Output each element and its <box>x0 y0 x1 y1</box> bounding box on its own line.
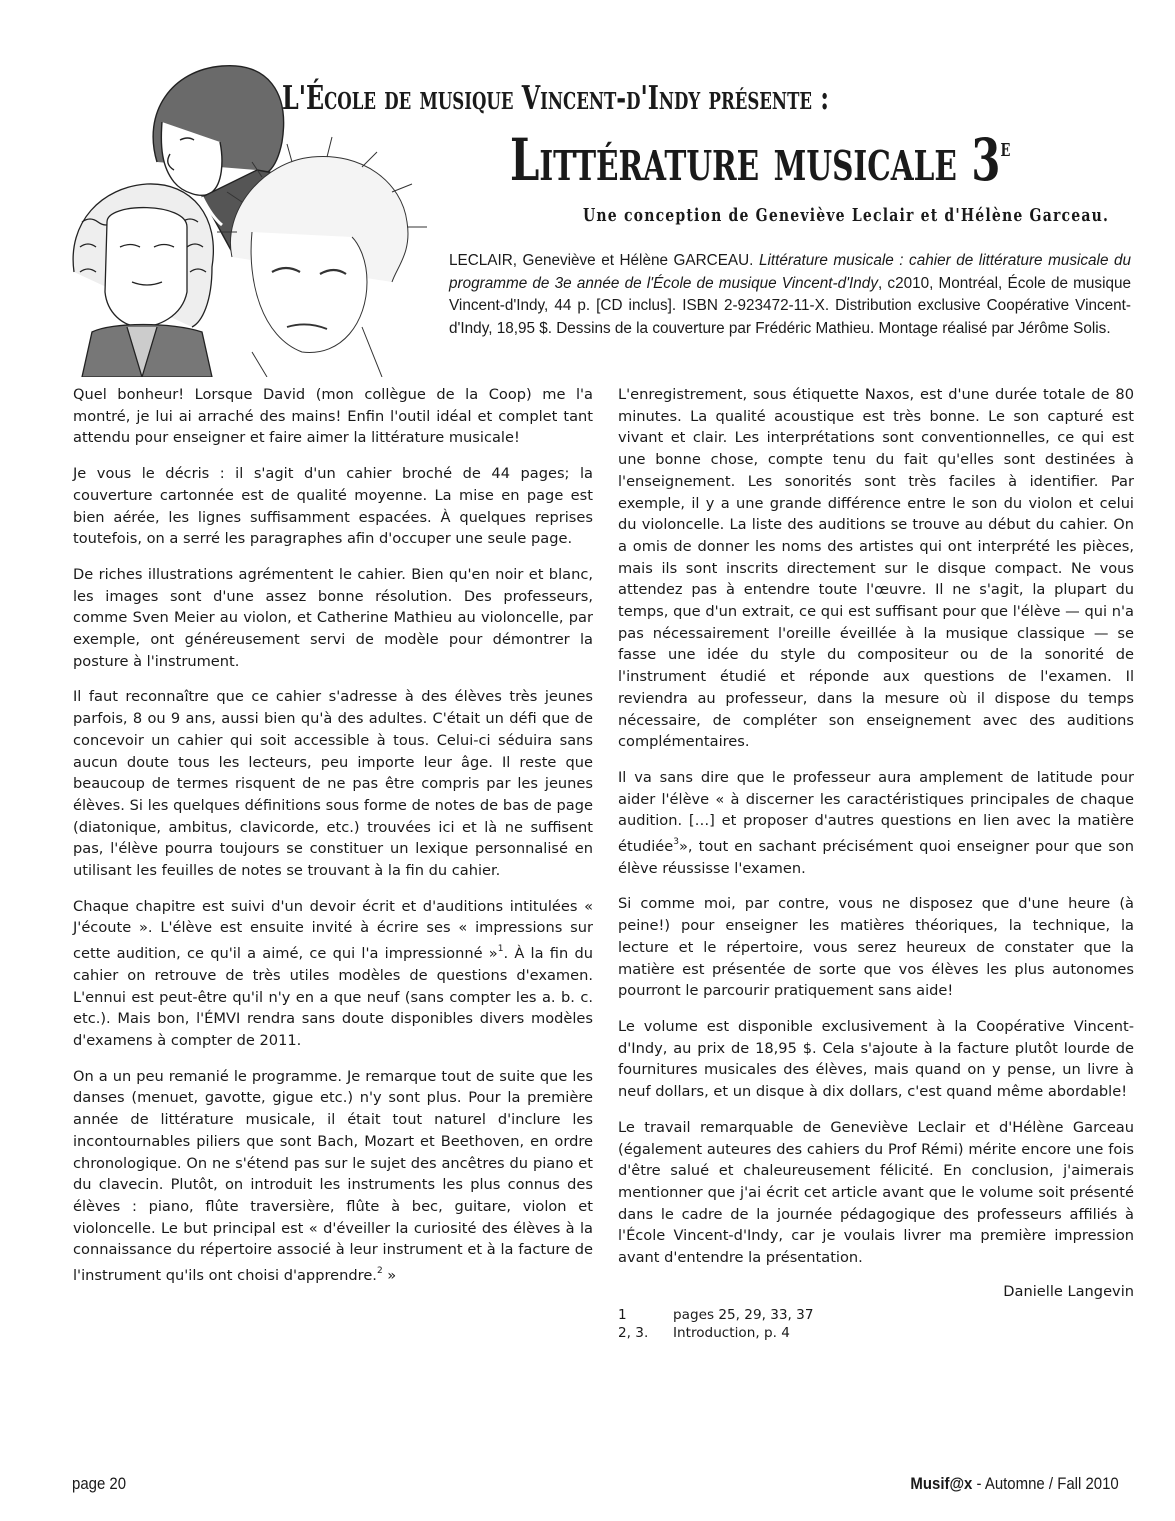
footnote-text: pages 25, 29, 33, 37 <box>673 1306 813 1324</box>
paragraph-text: », tout en sachant précisément quoi ense… <box>618 838 1134 877</box>
paragraph: Chaque chapitre est suivi d'un devoir éc… <box>73 896 593 1052</box>
paragraph: Je vous le décris : il s'agit d'un cahie… <box>73 463 593 550</box>
article-column-left: Quel bonheur! Lorsque David (mon collègu… <box>73 384 593 1301</box>
footnote-number: 1 <box>618 1306 673 1324</box>
beethoven-portrait <box>217 137 427 377</box>
footnote: 1 pages 25, 29, 33, 37 <box>618 1306 1134 1324</box>
footnotes: 1 pages 25, 29, 33, 37 2, 3. Introductio… <box>618 1306 1134 1342</box>
issue-label: - Automne / Fall 2010 <box>973 1474 1119 1493</box>
article-column-right: L'enregistrement, sous étiquette Naxos, … <box>618 384 1134 1342</box>
magazine-name: Musif@x <box>911 1474 973 1493</box>
title-superscript: e <box>1000 133 1010 163</box>
bibliographic-reference: LECLAIR, Geneviève et Hélène GARCEAU. Li… <box>449 250 1131 340</box>
paragraph: Le volume est disponible exclusivement à… <box>618 1016 1134 1103</box>
page-number: page 20 <box>72 1474 126 1494</box>
biblio-authors: LECLAIR, Geneviève et Hélène GARCEAU. <box>449 252 753 269</box>
footnote-text: Introduction, p. 4 <box>673 1324 790 1342</box>
paragraph: L'enregistrement, sous étiquette Naxos, … <box>618 384 1134 753</box>
paragraph: On a un peu remanié le programme. Je rem… <box>73 1066 593 1287</box>
page-title: Littérature musicale 3e <box>510 126 1010 194</box>
footnote-number: 2, 3. <box>618 1324 673 1342</box>
paragraph: Quel bonheur! Lorsque David (mon collègu… <box>73 384 593 449</box>
paragraph-text: » <box>383 1267 397 1284</box>
paragraph: Si comme moi, par contre, vous ne dispos… <box>618 893 1134 1002</box>
title-text: Littérature musicale 3 <box>510 126 1000 194</box>
paragraph: De riches illustrations agrémentent le c… <box>73 564 593 673</box>
paragraph: Il va sans dire que le professeur aura a… <box>618 767 1134 880</box>
footnote: 2, 3. Introduction, p. 4 <box>618 1324 1134 1342</box>
page-subtitle: Une conception de Geneviève Leclair et d… <box>583 205 1109 226</box>
bach-portrait <box>73 184 213 377</box>
paragraph: Il faut reconnaître que ce cahier s'adre… <box>73 686 593 881</box>
paragraph: Le travail remarquable de Geneviève Lecl… <box>618 1117 1134 1269</box>
author-signature: Danielle Langevin <box>618 1281 1134 1303</box>
presenter-heading: L'École de musique Vincent-d'Indy présen… <box>282 78 901 117</box>
magazine-issue: Musif@x - Automne / Fall 2010 <box>911 1474 1119 1494</box>
paragraph-text: On a un peu remanié le programme. Je rem… <box>73 1068 593 1284</box>
